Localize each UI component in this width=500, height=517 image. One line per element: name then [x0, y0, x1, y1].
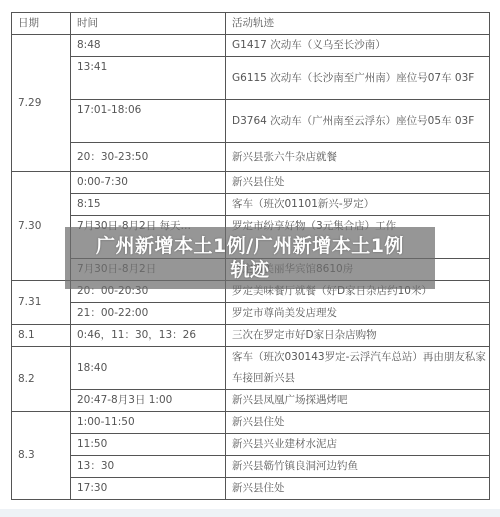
- time-cell: 20：30-23:50: [71, 143, 226, 172]
- activity-cell: D3764 次动车（广州南至云浮东）座位号05车 03F: [226, 100, 490, 143]
- time-cell: 13：30: [71, 456, 226, 478]
- table-row: 11:50 新兴县兴业建材水泥店: [12, 434, 490, 456]
- overlay-title-line1: 广州新增本土1例/广州新增本土1例: [96, 234, 404, 258]
- activity-cell: 客车（班次01101新兴-罗定）: [226, 194, 490, 216]
- table-header-row: 日期 时间 活动轨迹: [12, 13, 490, 35]
- header-time: 时间: [71, 13, 226, 35]
- activity-cell: 新兴县兴业建材水泥店: [226, 434, 490, 456]
- title-overlay-banner: 广州新增本土1例/广州新增本土1例 轨迹: [65, 227, 435, 289]
- table-row: 7.30 0:00-7:30 新兴县住处: [12, 172, 490, 194]
- table-row: 21：00-22:00 罗定市尊尚美发店理发: [12, 303, 490, 325]
- activity-cell: 新兴县住处: [226, 478, 490, 500]
- table-row: 8:15 客车（班次01101新兴-罗定）: [12, 194, 490, 216]
- date-cell: 7.31: [12, 281, 71, 325]
- table-row: 17:01-18:06 D3764 次动车（广州南至云浮东）座位号05车 03F: [12, 100, 490, 143]
- time-cell: 11:50: [71, 434, 226, 456]
- activity-cell: 新兴县住处: [226, 172, 490, 194]
- time-cell: 13:41: [71, 57, 226, 100]
- activity-cell: G6115 次动车（长沙南至广州南）座位号07车 03F: [226, 57, 490, 100]
- date-cell: 8.3: [12, 412, 71, 500]
- activity-cell: 罗定市尊尚美发店理发: [226, 303, 490, 325]
- overlay-title-line2: 轨迹: [230, 258, 269, 282]
- time-cell: 20:47-8月3日 1:00: [71, 390, 226, 412]
- table-row: 13：30 新兴县簕竹镇良洞河边钓鱼: [12, 456, 490, 478]
- table-row: 20：30-23:50 新兴县张六牛杂店就餐: [12, 143, 490, 172]
- table-row: 17:30 新兴县住处: [12, 478, 490, 500]
- time-cell: 0:00-7:30: [71, 172, 226, 194]
- activity-cell: 客车（班次030143罗定-云浮汽车总站）再由朋友私家车接回新兴县: [226, 347, 490, 390]
- date-cell: 8.1: [12, 325, 71, 347]
- time-cell: 21：00-22:00: [71, 303, 226, 325]
- table-row: 20:47-8月3日 1:00 新兴县凤凰广场探遇烤吧: [12, 390, 490, 412]
- table-row: 8.2 18:40 客车（班次030143罗定-云浮汽车总站）再由朋友私家车接回…: [12, 347, 490, 390]
- activity-cell: G1417 次动车（义乌至长沙南）: [226, 35, 490, 57]
- header-date: 日期: [12, 13, 71, 35]
- time-cell: 18:40: [71, 347, 226, 390]
- date-cell: 8.2: [12, 347, 71, 412]
- table-row: 13:41 G6115 次动车（长沙南至广州南）座位号07车 03F: [12, 57, 490, 100]
- activity-cell: 新兴县凤凰广场探遇烤吧: [226, 390, 490, 412]
- activity-cell: 新兴县簕竹镇良洞河边钓鱼: [226, 456, 490, 478]
- time-cell: 8:48: [71, 35, 226, 57]
- date-cell: 7.30: [12, 172, 71, 281]
- table-row: 8.1 0:46，11：30，13：26 三次在罗定市好D家日杂店购物: [12, 325, 490, 347]
- time-cell: 17:30: [71, 478, 226, 500]
- time-cell: 0:46，11：30，13：26: [71, 325, 226, 347]
- activity-cell: 新兴县住处: [226, 412, 490, 434]
- activity-cell: 三次在罗定市好D家日杂店购物: [226, 325, 490, 347]
- header-activity: 活动轨迹: [226, 13, 490, 35]
- time-cell: 8:15: [71, 194, 226, 216]
- time-cell: 1:00-11:50: [71, 412, 226, 434]
- time-cell: 17:01-18:06: [71, 100, 226, 143]
- bottom-strip: [0, 509, 500, 517]
- table-row: 8.3 1:00-11:50 新兴县住处: [12, 412, 490, 434]
- date-cell: 7.29: [12, 35, 71, 172]
- table-row: 7.29 8:48 G1417 次动车（义乌至长沙南）: [12, 35, 490, 57]
- activity-cell: 新兴县张六牛杂店就餐: [226, 143, 490, 172]
